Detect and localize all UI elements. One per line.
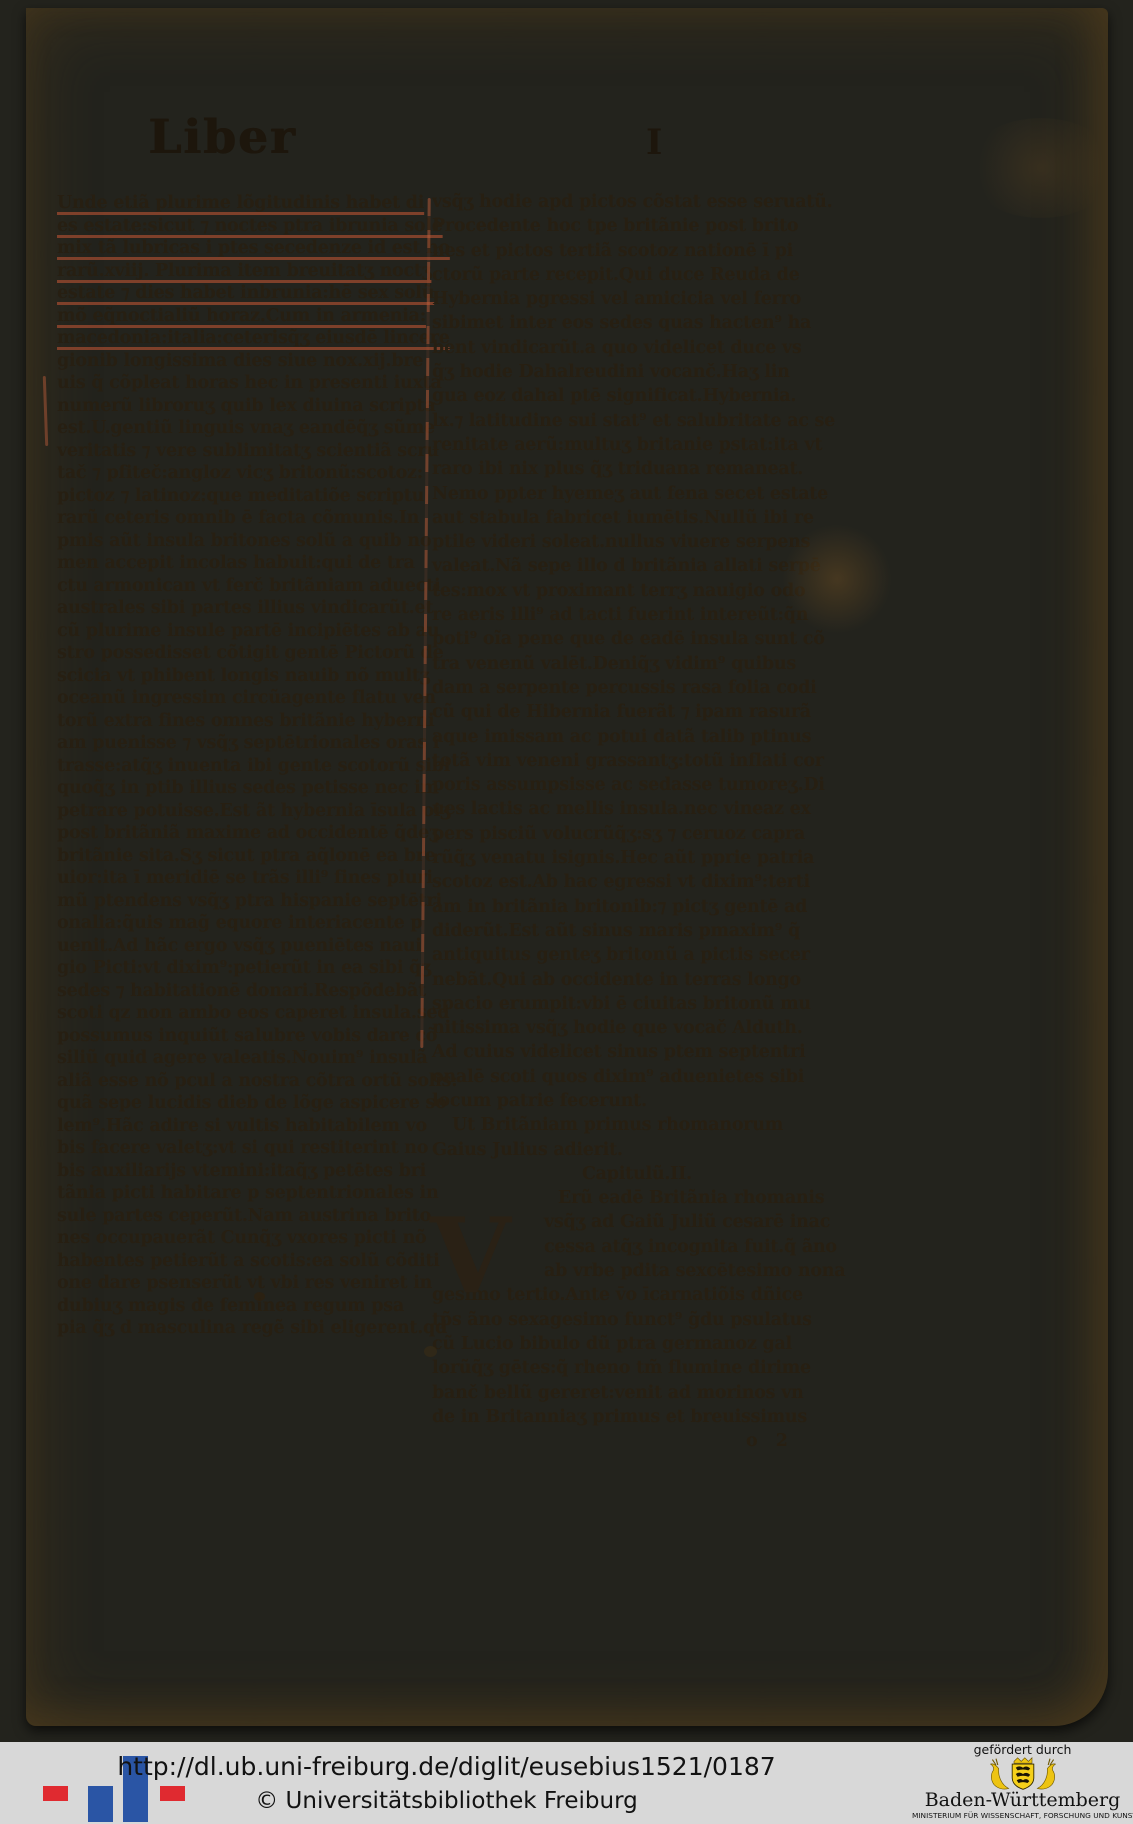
- text-line: scoti qz non ambo eos caperet insula.sed: [57, 1002, 431, 1025]
- text-line: aut stabula fabricet iumētis.Nullũ ibi r…: [432, 506, 814, 530]
- text-line: totã vim veneni grassantʒ:totũ inflati c…: [432, 749, 814, 773]
- text-line: tač ⁊ pfiteč:angloz vicʒ britonũ:scotoz:: [57, 462, 431, 485]
- text-line: oceanũ ingressim circũagente flatu ven: [57, 687, 431, 710]
- text-line: Nemo ppter hyemeʒ aut fena secet estate: [432, 482, 814, 506]
- text-line: pers pisciũ volucrũq̃ʒ:sʒ ⁊ ceruoz capra: [432, 822, 814, 846]
- text-line: pmis aũt insula britones solũ a quib no: [57, 530, 431, 553]
- text-line: tra venenũ valēt.Deniq̃ʒ vidim⁹ quibus: [432, 652, 814, 676]
- text-line: dam a serpente percussis rasa folia codi: [432, 676, 814, 700]
- text-line: pia q̃ʒ d masculina regẽ sibi eligerent.…: [57, 1317, 431, 1340]
- text-line: mũ ptendens vsq̃ʒ ptra hispanie septētri: [57, 890, 431, 913]
- rubrication-margin-mark: [43, 376, 48, 446]
- text-line: diderũt.Est aũt sinus maris pmaxim⁹ q̃: [432, 919, 814, 943]
- drop-cap-initial: V: [430, 1204, 511, 1308]
- text-line: uior:ita ī meridiē se trãs illi⁹ fines p…: [57, 867, 431, 890]
- text-line: locum patrie fecerunt.: [432, 1089, 814, 1113]
- text-line: australes sibi partes illius vindicarũt.…: [57, 597, 431, 620]
- copyright-caption: © Universitätsbibliothek Freiburg: [0, 1788, 893, 1814]
- text-line: tes:mox vt proximant terrʒ nauigio odo: [432, 579, 814, 603]
- text-line: pictoz ⁊ latinoz:que meditatiõe scriptu: [57, 485, 431, 508]
- text-line: one dare psenserũt vt vbi res veniret in: [57, 1272, 431, 1295]
- text-line: poris assumpsisse ac sedasse tumoreʒ.Di: [432, 773, 814, 797]
- text-line: rũq̃ʒ venatu isignis.Hec aũt pprie patri…: [432, 846, 814, 870]
- text-line: valeat.Nã sepe illo d britãnia allati se…: [432, 554, 814, 578]
- text-line: Hybernia pgressi vel amicicia vel ferro: [432, 287, 814, 311]
- page-number: I: [646, 122, 662, 163]
- text-line: sule partes ceperũt.Nam austrina brito: [57, 1205, 431, 1228]
- text-line: rarũ.xviij. Plurima item breuitatʒ noctʒ: [57, 260, 431, 283]
- text-line: poti⁹ oĩa pene que de eadē insula sunt c…: [432, 627, 814, 651]
- text-line: cũ qui de Hibernia fuerãt ⁊ ipam rasurã: [432, 700, 814, 724]
- text-line: spacio erumpit:vbi ē ciuitas britonũ mu: [432, 992, 814, 1016]
- text-line: mõ eq̃noctialiũ horaz.Cum in armenia:: [57, 305, 431, 328]
- text-line: habentes petierũt a scotis:ea solũ cõdit…: [57, 1250, 431, 1273]
- text-line: scotoz est.Ab hac egressi vt dixim⁹:tert…: [432, 870, 814, 894]
- text-line: Ad cuius videlicet sinus ptem septentri: [432, 1040, 814, 1064]
- text-line: ptile videri soleat.nullus viuere serpen…: [432, 530, 814, 554]
- text-line: nes occupauerãt Cunq̃ʒ vxores picti nõ: [57, 1227, 431, 1250]
- funding-label: gefördert durch: [912, 1743, 1133, 1757]
- text-line: onalē scoti quos dixim⁹ aduenietes sibi: [432, 1065, 814, 1089]
- text-line: siliũ quid agere valeatis.Nouim⁹ insulã: [57, 1047, 431, 1070]
- text-line: am puenisse ⁊ vsq̃ʒ septētrionales oras …: [57, 732, 431, 755]
- text-line: renitate aerũ:multuʒ britanie pstat:ita …: [432, 433, 814, 457]
- text-line: petrare potuisse.Est ãt hybernia īsula o…: [57, 800, 431, 823]
- text-line: onalia:q̃uis mag̃ equore interiacente p: [57, 912, 431, 935]
- text-line: lx.⁊ latitudine sui stat⁹ et salubritate…: [432, 409, 814, 433]
- text-line: aque imissam ac potui datã talib ptinus: [432, 725, 814, 749]
- text-line: dubiuʒ magis de feminea regum psa: [57, 1295, 431, 1318]
- text-line: post britãniã maxime ad occidentē q̃deʒ: [57, 822, 431, 845]
- text-line: lorũq̃ʒ gētes:q̃ rheno tm̃ flumine dirim…: [432, 1356, 814, 1380]
- baden-wuerttemberg-coat-of-arms-icon: [969, 1756, 1077, 1792]
- text-line: uenit.Ad hãc ergo vsq̃ʒ pueniētes naui: [57, 935, 431, 958]
- text-line: sedes ⁊ habitationē donari.Respõdebãt: [57, 980, 431, 1003]
- funding-region-name: Baden-Württemberg: [912, 1790, 1133, 1811]
- text-line: Ut Britãniam primus rhomanorum: [432, 1113, 814, 1137]
- text-line: uis q̃ cõpleat horas hec in presenti iux…: [57, 372, 431, 395]
- text-line: bis auxiliarijs vtemini:itaq̃ʒ petētes b…: [57, 1160, 431, 1183]
- text-line: cũ Lucio bibulo dũ ptra germanoz gal: [432, 1332, 814, 1356]
- text-line: numerũ libroruʒ quib lex diuina scripta: [57, 395, 431, 418]
- text-line: Capitulũ.II.: [432, 1162, 814, 1186]
- text-line: bent vindicarũt.a quo videlicet duce vs: [432, 336, 814, 360]
- text-line: de in Britanniaʒ primus et breuissimus: [432, 1405, 814, 1429]
- text-line: sibimet inter eos sedes quas hacten⁹ ha: [432, 311, 814, 335]
- text-line: banč bellũ gereret:venit ad morinos vn: [432, 1381, 814, 1405]
- funding-ministry-name: MINISTERIUM FÜR WISSENSCHAFT, FORSCHUNG …: [912, 1811, 1133, 1820]
- text-line: antiquitus genteʒ britonũ a pictis secer: [432, 943, 814, 967]
- text-line: vsq̃ʒ hodie apd pictos cõstat esse serua…: [432, 190, 814, 214]
- funding-block: gefördert durch Baden-Württemberg MINIST…: [912, 1743, 1133, 1823]
- text-line: stro possedisset cõtigit gentē Pictorũ d…: [57, 642, 431, 665]
- text-line: lem⁹.Hãc adire si vultis habitabilem vo: [57, 1115, 431, 1138]
- text-line: raro ibi nix plus q̃ʒ triduana remaneat.: [432, 457, 814, 481]
- text-line: Unde etiã plurime lõgitudinis habet di: [57, 192, 431, 215]
- text-line: o 2: [432, 1429, 814, 1453]
- text-line: nes et pictos tertiã scotoz nationē ī pi: [432, 239, 814, 263]
- book-page: Liber I Unde etiã plurime lõgitudinis ha…: [26, 8, 1108, 1726]
- text-line: bis facere valetʒ:vt si qui restiterint …: [57, 1137, 431, 1160]
- text-line: macedonia:italia:ceterisq̃ʒ eiusdē lince…: [57, 327, 431, 350]
- text-line: re aeris illi⁹ ad tacti fuerint intereũt…: [432, 603, 814, 627]
- text-line: gua eoz dahal ptē significat.Hybernia.: [432, 384, 814, 408]
- text-line: gio Picti:vt dixim⁹:petierũt in ea sibi …: [57, 957, 431, 980]
- text-line: gionib longissima dies siue nox.xij.bre: [57, 350, 431, 373]
- text-line: cũ plurime insule partē incipiētes ab au: [57, 620, 431, 643]
- viewer-footer-bar: http://dl.ub.uni-freiburg.de/diglit/euse…: [0, 1742, 1133, 1824]
- text-line: Procedente hoc tpe britãnie post brito: [432, 214, 814, 238]
- page-header-title: Liber: [148, 110, 296, 165]
- text-line: nebãt.Qui ab occidente in terras longo: [432, 968, 814, 992]
- text-line: ues lactis ac mellis insula.nec vineaz e…: [432, 797, 814, 821]
- text-line: es estate:sicut ⁊ noctes ptra ibrunia so…: [57, 215, 431, 238]
- text-line: torũ extra fines omnes britãnie hyberni: [57, 710, 431, 733]
- text-line: tãnia picti habitare p septentrionales i…: [57, 1182, 431, 1205]
- text-line: mix tã lubricas i ptes secedenze id est …: [57, 237, 431, 260]
- source-url-caption: http://dl.ub.uni-freiburg.de/diglit/euse…: [0, 1752, 893, 1781]
- text-line: trasse:atq̃ʒ inuenta ibi gente scotorũ s…: [57, 755, 431, 778]
- text-line: am in britãnia britonib:⁊ pictʒ gentē ad: [432, 895, 814, 919]
- text-line: ctu armonican vt ferč britãniam aduecti: [57, 575, 431, 598]
- text-column-left: Unde etiã plurime lõgitudinis habet dies…: [57, 192, 431, 1340]
- paper-stain: [966, 118, 1116, 218]
- text-line: britãnie sita.Sʒ sicut ptra aq̃lonē ea b…: [57, 845, 431, 868]
- text-line: q̃ʒ hodie Dahalreudini vocanč.Haʒ lin: [432, 360, 814, 384]
- text-line: possumus inquiũt salubre vobis dare cõ: [57, 1025, 431, 1048]
- text-line: aliã esse nõ pcul a nostra cõtra ortũ so…: [57, 1070, 431, 1093]
- text-line: nitissima vsq̃ʒ hodie que vocač Alduth.: [432, 1016, 814, 1040]
- screenshot-root: { "page": { "header": { "title": "Liber"…: [0, 0, 1133, 1824]
- text-line: quoq̃ʒ in ptib illius sedes petisse nec …: [57, 777, 431, 800]
- text-line: Gaius Julius adierit.: [432, 1138, 814, 1162]
- text-line: quã sepe lucidis dieb de lõge aspicere s…: [57, 1092, 431, 1115]
- text-line: men accepit incolas habuit:qui de tra: [57, 552, 431, 575]
- text-line: veritatis ⁊ vere sublimitatʒ scientiã sc…: [57, 440, 431, 463]
- text-line: rarũ ceteris omnib ē facta cõmunis.In: [57, 507, 431, 530]
- text-line: estate ⁊ dies habet inbrunia:hē sex solũ: [57, 282, 431, 305]
- text-line: est.U.gentiũ linguis vnaʒ eandēq̃ʒ sũme: [57, 417, 431, 440]
- text-line: ctorũ parte recepit.Qui duce Reuda de: [432, 263, 814, 287]
- text-line: scicia vt phibent longis nauib nõ multʒ: [57, 665, 431, 688]
